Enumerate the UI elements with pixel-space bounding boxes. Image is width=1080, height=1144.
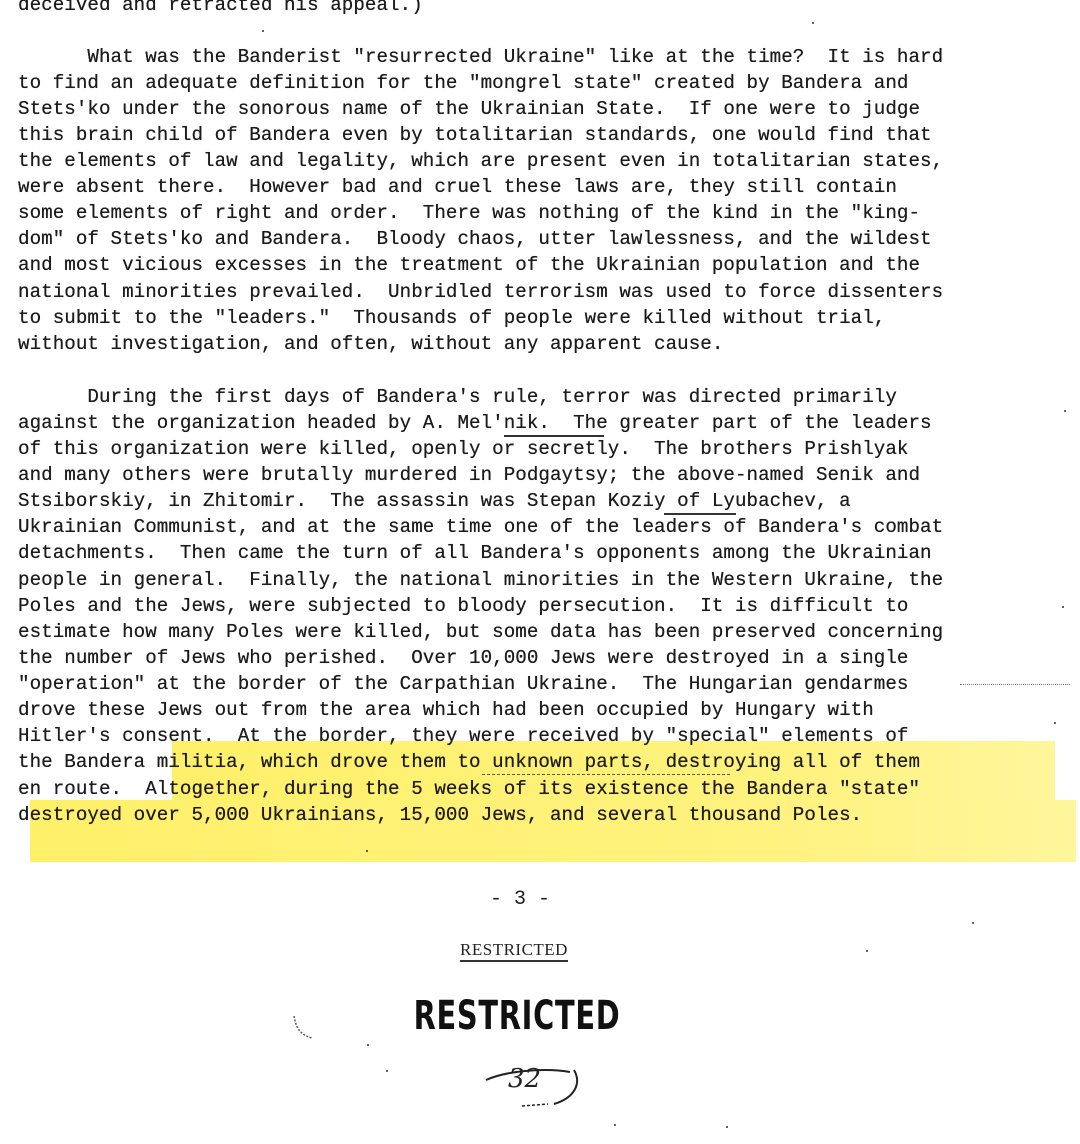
text-line: During the first days of Bandera's rule,… bbox=[18, 384, 897, 410]
underline-melnik bbox=[504, 435, 604, 437]
text-line: to find an adequate definition for the "… bbox=[18, 70, 908, 96]
text-line: the elements of law and legality, which … bbox=[18, 148, 943, 174]
scan-speck bbox=[812, 22, 814, 24]
text-line: dom" of Stets'ko and Bandera. Bloody cha… bbox=[18, 226, 932, 252]
text-line: and many others were brutally murdered i… bbox=[18, 462, 920, 488]
text-line: and most vicious excesses in the treatme… bbox=[18, 252, 920, 278]
text-line: What was the Banderist "resurrected Ukra… bbox=[18, 44, 943, 70]
dotted-mark-right bbox=[960, 684, 1070, 686]
scan-speck bbox=[366, 850, 368, 852]
document-page: deceived and retracted his appeal.) What… bbox=[0, 0, 1080, 1144]
text-line: people in general. Finally, the national… bbox=[18, 567, 943, 593]
underline-unknown-parts bbox=[482, 774, 730, 776]
scan-speck bbox=[614, 1124, 616, 1126]
classification-typed-text: RESTRICTED bbox=[460, 940, 568, 962]
text-line: without investigation, and often, withou… bbox=[18, 331, 723, 357]
scan-speck bbox=[1064, 410, 1066, 412]
scan-speck bbox=[1062, 606, 1064, 608]
handwritten-number-text: 32 bbox=[508, 1064, 541, 1094]
text-line-highlighted: en route. Altogether, during the 5 weeks… bbox=[18, 776, 920, 802]
page-number: - 3 - bbox=[0, 888, 1040, 911]
scan-speck bbox=[726, 1126, 728, 1128]
classification-typed: RESTRICTED bbox=[0, 940, 1028, 960]
underline-koziy bbox=[664, 513, 736, 515]
handwritten-page-number: 32 bbox=[478, 1060, 588, 1110]
scan-speck bbox=[866, 950, 868, 952]
text-line: drove these Jews out from the area which… bbox=[18, 697, 874, 723]
text-line: of this organization were killed, openly… bbox=[18, 436, 908, 462]
scan-speck bbox=[972, 922, 974, 924]
text-line: Hitler's consent. At the border, they we… bbox=[18, 723, 908, 749]
text-line: national minorities prevailed. Unbridled… bbox=[18, 279, 943, 305]
text-line-melnik: against the organization headed by A. Me… bbox=[18, 410, 932, 436]
text-line: the number of Jews who perished. Over 10… bbox=[18, 645, 908, 671]
text-line: "operation" at the border of the Carpath… bbox=[18, 671, 908, 697]
text-line: deceived and retracted his appeal.) bbox=[18, 0, 423, 18]
scan-speck bbox=[1054, 722, 1056, 724]
text-line: were absent there. However bad and cruel… bbox=[18, 174, 897, 200]
text-line: Ukrainian Communist, and at the same tim… bbox=[18, 514, 943, 540]
text-line: detachments. Then came the turn of all B… bbox=[18, 540, 932, 566]
text-line: some elements of right and order. There … bbox=[18, 200, 920, 226]
text-line: Stets'ko under the sonorous name of the … bbox=[18, 96, 920, 122]
text-line-highlighted: destroyed over 5,000 Ukrainians, 15,000 … bbox=[18, 802, 862, 828]
text-line: estimate how many Poles were killed, but… bbox=[18, 619, 943, 645]
text-line: Poles and the Jews, were subjected to bl… bbox=[18, 593, 908, 619]
text-line: to submit to the "leaders." Thousands of… bbox=[18, 305, 885, 331]
scan-speck bbox=[262, 30, 264, 32]
text-line: this brain child of Bandera even by tota… bbox=[18, 122, 932, 148]
text-line-koziy: Stsiborskiy, in Zhitomir. The assassin w… bbox=[18, 488, 851, 514]
classification-stamp: RESTRICTED bbox=[145, 993, 889, 1039]
scan-speck bbox=[386, 1070, 388, 1072]
pen-stroke-mark-icon bbox=[288, 1012, 318, 1042]
scan-speck bbox=[367, 1044, 369, 1046]
text-line-highlighted: the Bandera militia, which drove them to… bbox=[18, 749, 920, 775]
